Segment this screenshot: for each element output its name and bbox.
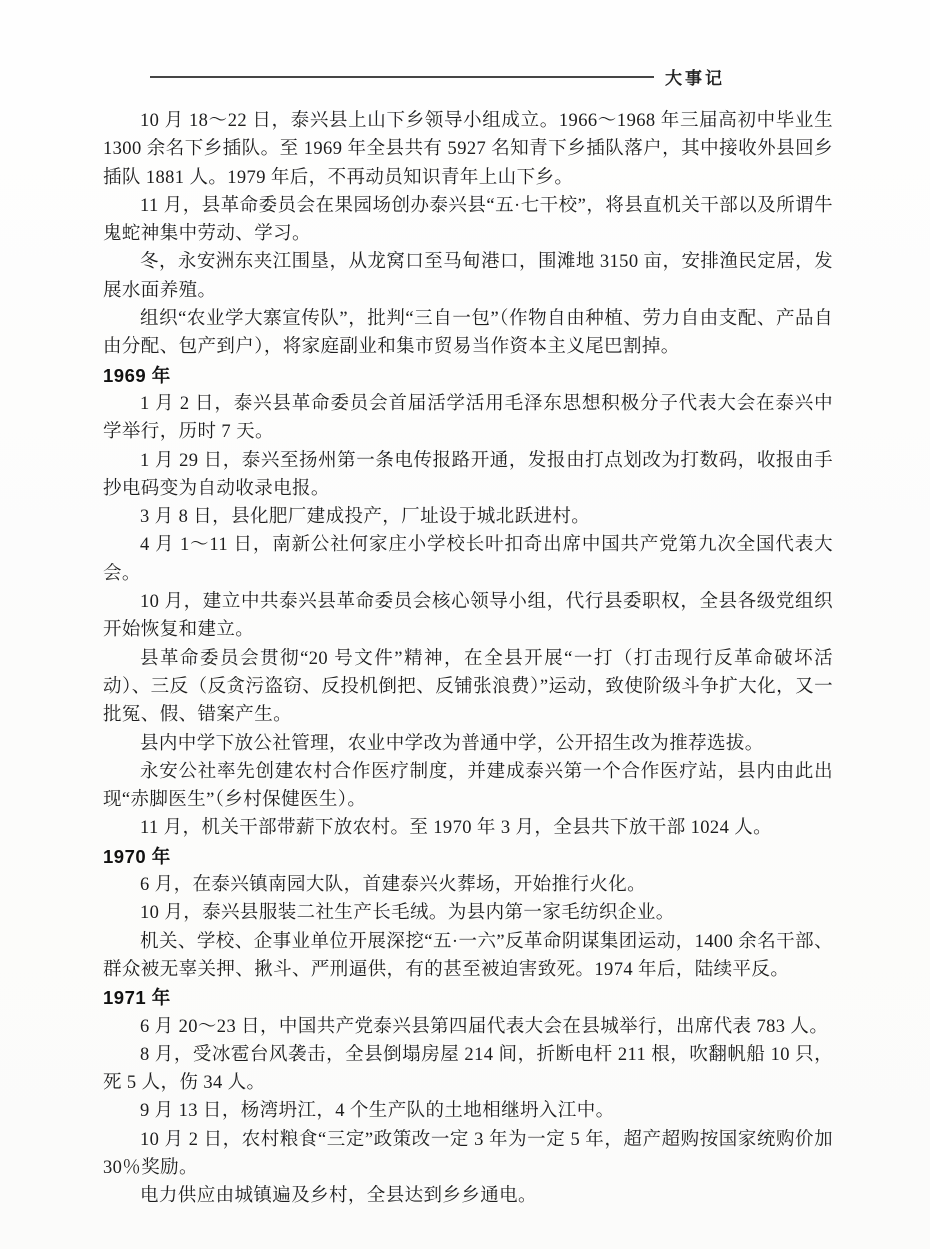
- paragraph: 4 月 1～11 日，南新公社何家庄小学校长叶扣奇出席中国共产党第九次全国代表大…: [103, 531, 833, 588]
- paragraph: 6 月，在泰兴镇南园大队，首建泰兴火葬场，开始推行火化。: [103, 871, 833, 899]
- header-rule: [150, 76, 654, 78]
- paragraph: 1 月 2 日，泰兴县革命委员会首届活学活用毛泽东思想积极分子代表大会在泰兴中学…: [103, 390, 833, 447]
- paragraph: 11 月，县革命委员会在果园场创办泰兴县“五·七干校”，将县直机关干部以及所谓牛…: [103, 192, 833, 249]
- paragraph: 10 月，建立中共泰兴县革命委员会核心领导小组，代行县委职权，全县各级党组织开始…: [103, 588, 833, 645]
- paragraph: 冬，永安洲东夹江围垦，从龙窝口至马甸港口，围滩地 3150 亩，安排渔民定居，发…: [103, 248, 833, 305]
- paragraph: 电力供应由城镇遍及乡村，全县达到乡乡通电。: [103, 1182, 833, 1210]
- year-heading-1970: 1970 年: [103, 843, 833, 871]
- paragraph: 机关、学校、企事业单位开展深挖“五·一六”反革命阴谋集团运动，1400 余名干部…: [103, 928, 833, 985]
- year-heading-1969: 1969 年: [103, 362, 833, 390]
- page-header-title: 大事记: [654, 64, 725, 89]
- running-head: 大事记: [150, 64, 725, 89]
- paragraph: 1 月 29 日，泰兴至扬州第一条电传报路开通，发报由打点划改为打数码，收报由手…: [103, 447, 833, 504]
- paragraph: 3 月 8 日，县化肥厂建成投产，厂址设于城北跃进村。: [103, 503, 833, 531]
- paragraph: 10 月，泰兴县服装二社生产长毛绒。为县内第一家毛纺织企业。: [103, 899, 833, 927]
- paragraph: 6 月 20～23 日，中国共产党泰兴县第四届代表大会在县城举行，出席代表 78…: [103, 1013, 833, 1041]
- paragraph: 10 月 18～22 日，泰兴县上山下乡领导小组成立。1966～1968 年三届…: [103, 107, 833, 192]
- page-body: 10 月 18～22 日，泰兴县上山下乡领导小组成立。1966～1968 年三届…: [103, 107, 833, 1211]
- paragraph: 8 月，受冰雹台风袭击，全县倒塌房屋 214 间，折断电杆 211 根，吹翻帆船…: [103, 1041, 833, 1098]
- paragraph: 组织“农业学大寨宣传队”，批判“三自一包”（作物自由种植、劳力自由支配、产品自由…: [103, 305, 833, 362]
- paragraph: 9 月 13 日，杨湾坍江，4 个生产队的土地相继坍入江中。: [103, 1097, 833, 1125]
- year-heading-1971: 1971 年: [103, 984, 833, 1012]
- paragraph: 永安公社率先创建农村合作医疗制度，并建成泰兴第一个合作医疗站，县内由此出现“赤脚…: [103, 758, 833, 815]
- paragraph: 县内中学下放公社管理，农业中学改为普通中学，公开招生改为推荐选拔。: [103, 730, 833, 758]
- paragraph: 县革命委员会贯彻“20 号文件”精神，在全县开展“一打（打击现行反革命破坏活动）…: [103, 645, 833, 730]
- paragraph: 11 月，机关干部带薪下放农村。至 1970 年 3 月，全县共下放干部 102…: [103, 814, 833, 842]
- paragraph: 10 月 2 日，农村粮食“三定”政策改一定 3 年为一定 5 年，超产超购按国…: [103, 1126, 833, 1183]
- scanned-book-page: 大事记 10 月 18～22 日，泰兴县上山下乡领导小组成立。1966～1968…: [0, 0, 930, 1249]
